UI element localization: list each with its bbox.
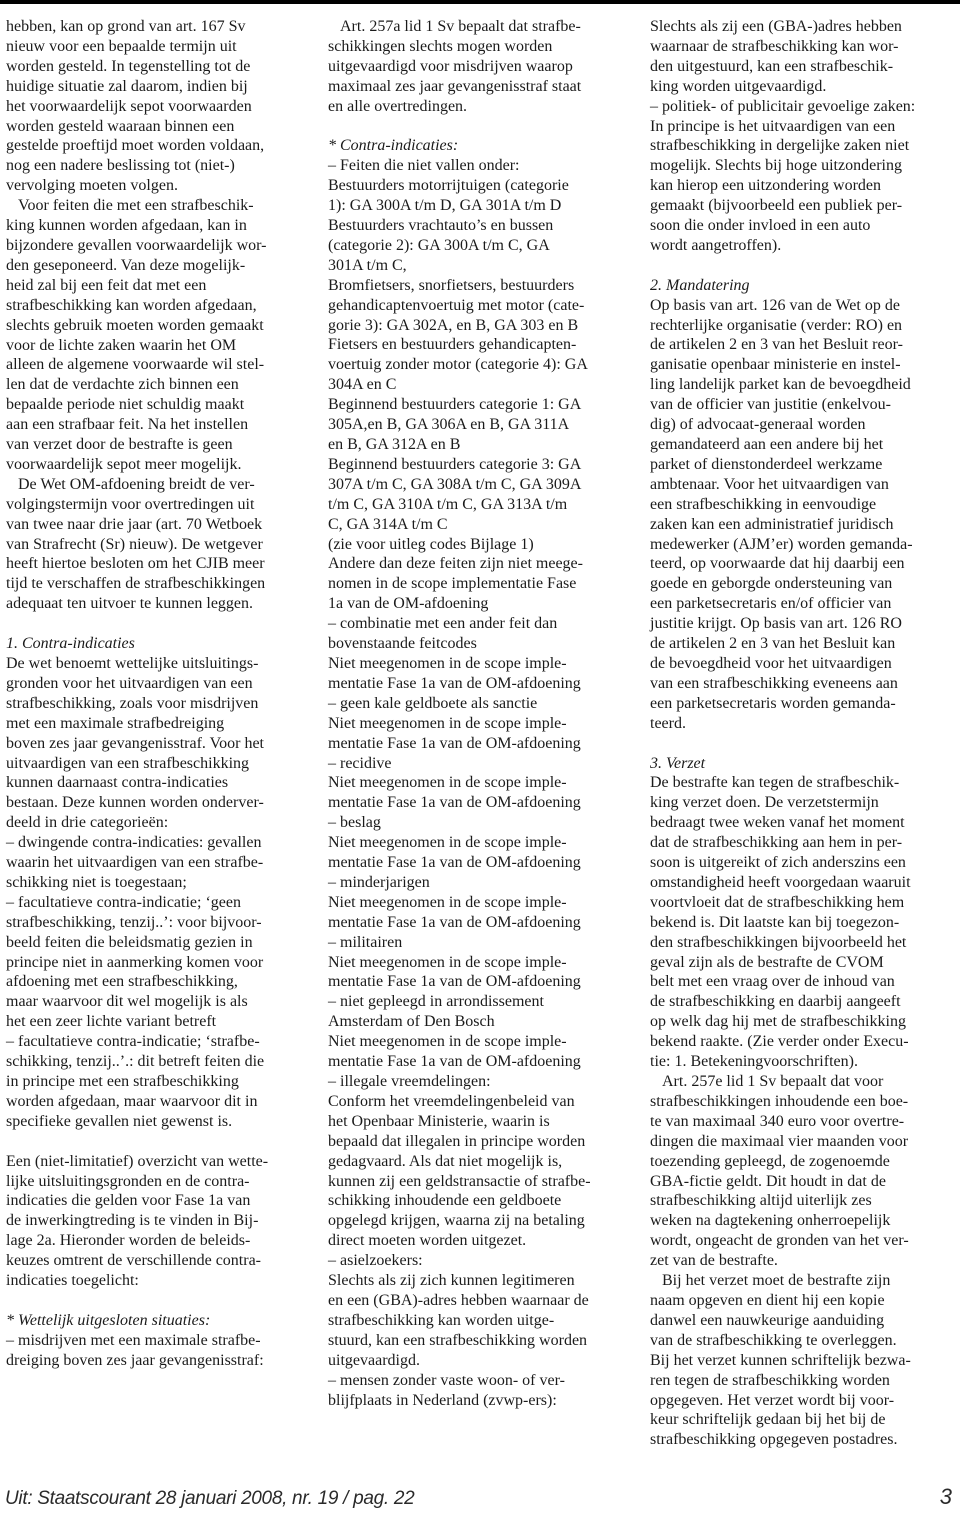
source-citation: Uit: Staatscourant 28 januari 2008, nr. …	[5, 1488, 414, 1510]
top-rule	[0, 0, 960, 4]
column-3: Slechts als zij een (GBA-)adres hebben w…	[650, 17, 956, 1450]
paragraph: Slechts als zij een (GBA-)adres hebben w…	[650, 17, 956, 256]
spacer	[6, 1132, 312, 1152]
section-heading: 3. Verzet	[650, 754, 956, 774]
paragraph: De Wet OM-afdoening breidt de ver- volgi…	[6, 475, 312, 614]
text-columns: hebben, kan op grond van art. 167 Sv nie…	[6, 17, 956, 1450]
paragraph: Bij het verzet moet de bestrafte zijn na…	[650, 1271, 956, 1450]
paragraph: hebben, kan op grond van art. 167 Sv nie…	[6, 17, 312, 196]
paragraph: De wet benoemt wettelijke uitsluitings- …	[6, 654, 312, 1132]
section-heading: 1. Contra-indicaties	[6, 634, 312, 654]
page-number: 3	[940, 1484, 952, 1510]
section-heading: 2. Mandatering	[650, 276, 956, 296]
paragraph: Een (niet-limitatief) overzicht van wett…	[6, 1152, 312, 1291]
paragraph: De bestrafte kan tegen de strafbeschik- …	[650, 773, 956, 1072]
paragraph: – misdrijven met een maximale strafbe- d…	[6, 1331, 312, 1371]
spacer	[650, 734, 956, 754]
column-1: hebben, kan op grond van art. 167 Sv nie…	[6, 17, 312, 1450]
document-page: hebben, kan op grond van art. 167 Sv nie…	[0, 0, 960, 1515]
paragraph: Voor feiten die met een strafbeschik- ki…	[6, 196, 312, 475]
section-heading: * Contra-indicaties:	[328, 136, 634, 156]
spacer	[6, 1291, 312, 1311]
spacer	[650, 256, 956, 276]
column-2: Art. 257a lid 1 Sv bepaalt dat strafbe- …	[328, 17, 634, 1450]
paragraph: – Feiten die niet vallen onder: Bestuurd…	[328, 156, 634, 1410]
paragraph: Art. 257e lid 1 Sv bepaalt dat voor stra…	[650, 1072, 956, 1271]
page-footer: Uit: Staatscourant 28 januari 2008, nr. …	[5, 1484, 952, 1510]
spacer	[6, 614, 312, 634]
paragraph: Art. 257a lid 1 Sv bepaalt dat strafbe- …	[328, 17, 634, 117]
section-heading: * Wettelijk uitgesloten situaties:	[6, 1311, 312, 1331]
spacer	[328, 117, 634, 137]
paragraph: Op basis van art. 126 van de Wet op de r…	[650, 296, 956, 734]
